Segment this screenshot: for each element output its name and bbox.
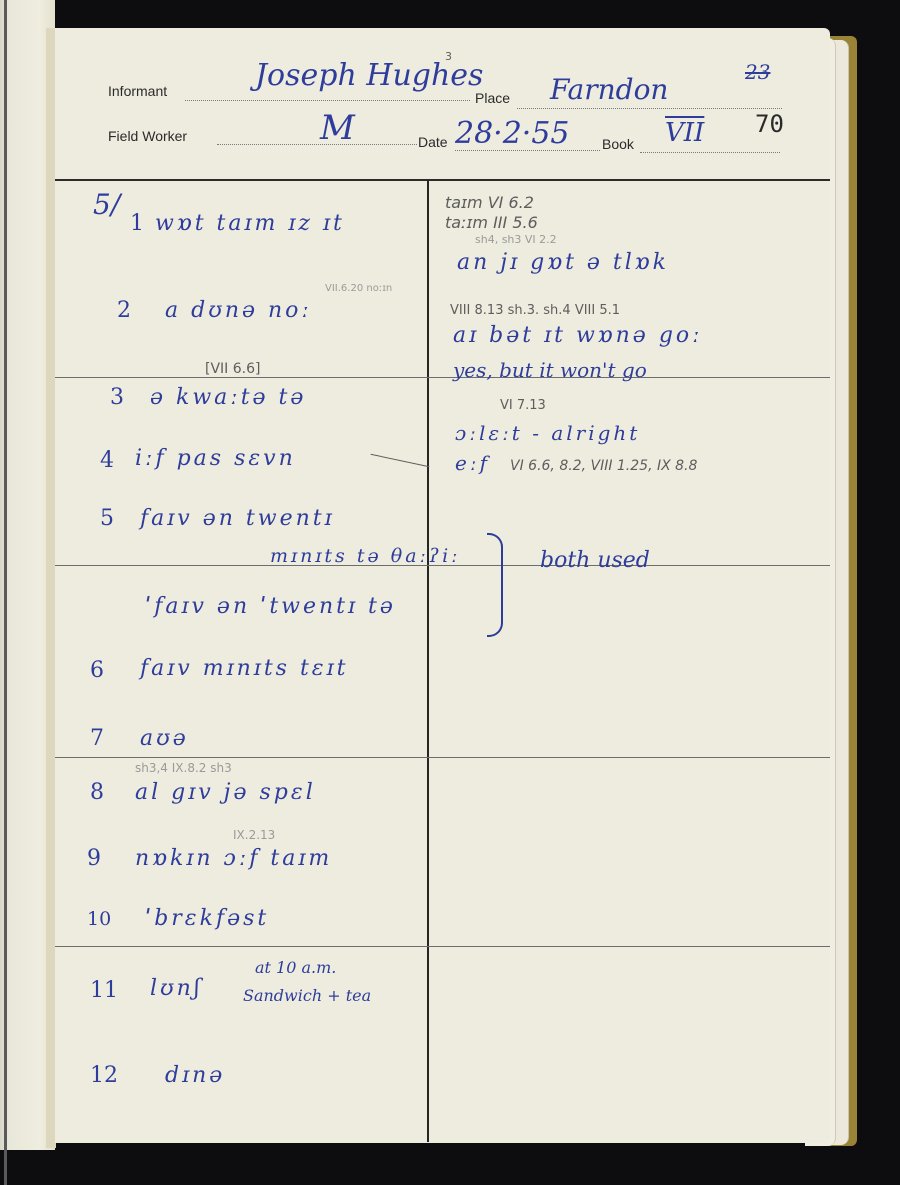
book-line bbox=[640, 152, 780, 153]
place-line bbox=[517, 108, 782, 109]
item-transcription: a dʊnə noː bbox=[165, 298, 312, 323]
section-marker: 5/ bbox=[93, 188, 120, 221]
item-reference-note: VII.6.20 noːɪn bbox=[325, 283, 392, 294]
response-note: both used bbox=[540, 548, 650, 573]
pencil-note: taɪm VI 6.2 bbox=[445, 193, 534, 212]
response-gloss: yes, but it won't go bbox=[453, 358, 647, 382]
item-transcription: wɒt taɪm ɪz ɪt bbox=[155, 211, 345, 236]
item-number: 5 bbox=[100, 506, 114, 531]
item-number: 11 bbox=[90, 978, 118, 1003]
corner-number-crossed: 23 bbox=[745, 60, 770, 84]
brace-mark bbox=[487, 533, 503, 637]
item-number: 2 bbox=[117, 298, 131, 323]
place-label: Place bbox=[475, 90, 510, 106]
item-transcription: ˈfaɪv ən ˈtwentɪ tə bbox=[145, 594, 396, 619]
item-number: 3 bbox=[110, 385, 124, 410]
informant-value: Joseph Hughes bbox=[255, 58, 483, 93]
book-spine bbox=[4, 0, 7, 1185]
item-transcription: aʊə bbox=[140, 726, 189, 751]
date-value: 28·2·55 bbox=[455, 116, 570, 151]
item-number: 12 bbox=[90, 1063, 118, 1088]
item-reference-note: IX.2.13 bbox=[233, 828, 275, 842]
pencil-note: taːɪm III 5.6 bbox=[445, 213, 538, 232]
response-transcription: aɪ bət ɪt wɒnə goː bbox=[453, 323, 703, 348]
field-worker-line bbox=[217, 144, 417, 145]
informant-superscript: 3 bbox=[445, 50, 452, 63]
response-transcription: an jɪ gɒt ə tlɒk bbox=[457, 250, 669, 275]
header-rule bbox=[55, 179, 830, 181]
item-transcription: iːf pas sɛvn bbox=[135, 446, 296, 471]
item-number: 4 bbox=[100, 448, 114, 473]
row-rule-3 bbox=[55, 757, 830, 758]
item-number: 6 bbox=[90, 658, 104, 683]
pencil-note: sh4, sh3 VI 2.2 bbox=[475, 233, 557, 246]
response-reference: VIII 8.13 sh.3. sh.4 VIII 5.1 bbox=[450, 303, 620, 318]
item-number: 1 bbox=[130, 211, 144, 236]
place-value: Farndon bbox=[550, 73, 668, 106]
item-number: 7 bbox=[90, 726, 104, 751]
item-transcription: lʊnʃ bbox=[150, 976, 203, 1001]
item-continuation: mɪnɪts tə θaːʔiː bbox=[270, 545, 461, 567]
item-transcription: nɒkɪn ɔːf taɪm bbox=[135, 846, 332, 871]
item-number: 8 bbox=[90, 780, 104, 805]
notebook-page: Informant Joseph Hughes 3 Place Farndon … bbox=[55, 28, 830, 1143]
link-line bbox=[371, 454, 430, 467]
date-label: Date bbox=[418, 134, 448, 150]
left-facing-page bbox=[0, 0, 55, 1150]
response-reference: VI 7.13 bbox=[500, 398, 546, 413]
item-transcription: faɪv ən twentɪ bbox=[140, 506, 335, 531]
item-transcription: dɪnə bbox=[165, 1063, 225, 1088]
bracket-reference: [VII 6.6] bbox=[205, 361, 260, 377]
item-gloss: Sandwich + tea bbox=[243, 986, 371, 1005]
item-gloss: at 10 a.m. bbox=[255, 958, 336, 977]
item-transcription: faɪv mɪnɪts tɛɪt bbox=[140, 656, 348, 681]
item-number: 9 bbox=[87, 846, 101, 871]
item-transcription: ə kwaːtə tə bbox=[150, 385, 306, 410]
item-transcription: ˈbrɛkfəst bbox=[145, 906, 269, 931]
response-reference: VI 6.6, 8.2, VIII 1.25, IX 8.8 bbox=[510, 458, 697, 474]
item-reference-note: sh3,4 IX.8.2 sh3 bbox=[135, 761, 232, 775]
informant-label: Informant bbox=[108, 83, 167, 99]
response-transcription: eːf bbox=[455, 451, 490, 475]
response-transcription: ɔːlɛːt - alright bbox=[455, 421, 640, 445]
item-transcription: al gɪv jə spɛl bbox=[135, 780, 316, 805]
informant-line bbox=[185, 100, 470, 101]
field-worker-label: Field Worker bbox=[108, 128, 187, 144]
row-rule-4 bbox=[55, 946, 830, 947]
book-value: VII bbox=[665, 118, 704, 148]
page-number: 70 bbox=[755, 110, 784, 138]
book-label: Book bbox=[602, 136, 634, 152]
column-divider bbox=[427, 179, 429, 1142]
row-rule-1 bbox=[55, 377, 830, 378]
item-number: 10 bbox=[87, 908, 111, 930]
field-worker-value: M bbox=[320, 108, 355, 148]
